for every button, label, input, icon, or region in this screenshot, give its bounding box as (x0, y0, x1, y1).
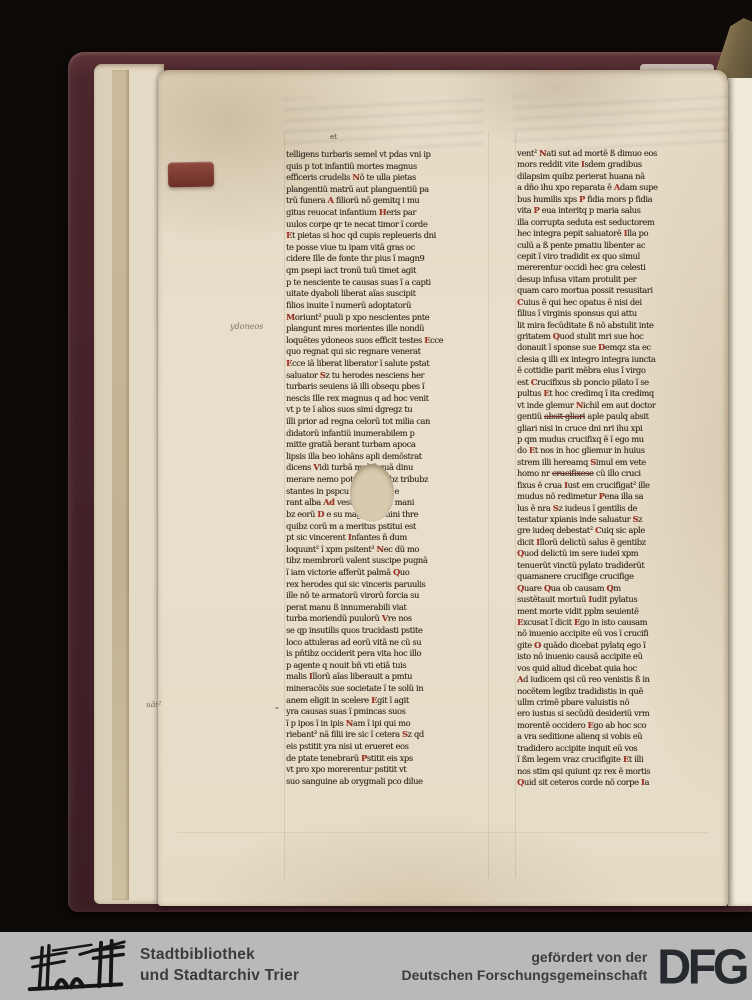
manuscript-text-line: gite O quãdo dicebat pylatq ego ĩ (517, 641, 725, 652)
manuscript-text-line: ĩ ßm legem vraz crucifigite Et illi (517, 755, 725, 766)
manuscript-text-line: Moriunt² puuli p xpo nescientes pnte (286, 313, 482, 325)
manuscript-text-line: trũ funera A filiorũ nõ gemitq i mu (286, 196, 482, 208)
manuscript-text-line: pt sic vincerent Infantes ñ dum (286, 533, 482, 545)
manuscript-text-line: dilapsim quibz perierat huana nã (517, 172, 725, 183)
manuscript-text-line: gliari nisi in cruce dni nri ihu xpi (517, 424, 725, 435)
manuscript-text-line: Quare Qua ob causam Qm (517, 584, 725, 595)
manuscript-text-line: turba moriendũ puulorũ Vre nos (286, 614, 482, 626)
manuscript-text-line: quo regnat qui sic regnare venerat (286, 347, 482, 359)
manuscript-text-line: Quod delictũ im sere iudei xpm (517, 549, 725, 560)
manuscript-text-line: tradidero accipite inquit eũ vos (517, 744, 725, 755)
manuscript-text-line: ẽ cottidie parit mẽbra eius ĩ virgo (517, 366, 725, 377)
funding-credit: gefördert von der Deutschen Forschungsge… (401, 948, 647, 984)
clasp-fragment (710, 18, 752, 78)
manuscript-text-line: quibz corũ m a meritus pstitui est (286, 522, 482, 534)
manuscript-text-line: illa corrupta seduta est seductorem (517, 218, 725, 229)
manuscript-text-line: strem illi hereamq Simul em vete (517, 458, 725, 469)
manuscript-text-line: vt pro xpo morerentur pstitit vt (286, 765, 482, 777)
manuscript-text-line: Cuius ẽ qui hec opatus ẽ nisi dei (517, 298, 725, 309)
manuscript-text-line: do Et nos in hoc gliemur in huius (517, 446, 725, 457)
manuscript-text-line: ment morte vidit pplm seuientẽ (517, 607, 725, 618)
manuscript-text-line: p qm mudus crucifixq ẽ ĩ ego mu (517, 435, 725, 446)
manuscript-text-line: quam caro mortua possit resusitari (517, 286, 725, 297)
text-column-1: telligens turbaris semel vt pdas vni ipq… (286, 150, 488, 789)
manuscript-text-line: mudus nõ redimetur Pena illa sa (517, 492, 725, 503)
manuscript-text-line: uulos corpe qr te necat timor ĩ corde (286, 220, 482, 232)
manuscript-text-line: vos quid aliud dicebat quia hoc (517, 664, 725, 675)
manuscript-text-line: donauit ĩ sponse sue Demqz sta ec (517, 343, 725, 354)
manuscript-text-line: vt p te ĩ alios suos simi dgregz tu (286, 405, 482, 417)
manuscript-text-line: gentiũ absit gliari aple paulq absit (517, 412, 725, 423)
manuscript-text-line: a dño ihu xpo reparata ẽ Adam supe (517, 183, 725, 194)
manuscript-text-line: eis pstitit yra nisi ut erueret eos (286, 742, 482, 754)
manuscript-text-line: testatur xpianis inde saluatur Sz (517, 515, 725, 526)
ruling-line (488, 132, 489, 878)
interlinear-correction: et (330, 133, 337, 141)
manuscript-text-line: morentẽ occidero Ego ab hoc sco (517, 721, 725, 732)
dfg-logo: DFG (657, 942, 746, 991)
manuscript-text-line: se qp insutilis quos trucidasti pstite (286, 626, 482, 638)
manuscript-text-line: Et pietas si hoc qd cupis repleueris dni (286, 231, 482, 243)
manuscript-text-line: qm psepi iact tronũ tuũ timet agit (286, 266, 482, 278)
library-name-line1: Stadtbibliothek (140, 945, 299, 966)
margin-note-ydoneos: ydoneos (230, 322, 263, 331)
manuscript-text-line: quis p tot infantiũ mortes magnus (286, 162, 482, 174)
manuscript-text-line: gitus reuocat infantium Heris par (286, 208, 482, 220)
ruling-line (515, 132, 516, 878)
manuscript-text-line: mineracõis sue societate ĩ te solũ in (286, 684, 482, 696)
manuscript-text-line: ĩ p ipos ĩ in ipis Nam ĩ ipi qui mo (286, 719, 482, 731)
manuscript-text-line: nos stim qsi quiunt qz rex ẽ mortis (517, 767, 725, 778)
manuscript-text-line: desup infusa vitam protulit per (517, 275, 725, 286)
manuscript-text-line: pultus Et hoc credimq ĩ ita credimq (517, 389, 725, 400)
ink-showthrough (283, 98, 483, 148)
manuscript-text-line: filios inuite ĩ numerũ adoptatorũ (286, 301, 482, 313)
manuscript-text-line: illi prior ad regna celorũ tot milia can (286, 417, 482, 429)
manuscript-text-line: nocẽtem legibz tradidistis in quẽ (517, 687, 725, 698)
manuscript-text-line: dicit Illorũ delictũ salus ẽ gentibz (517, 538, 725, 549)
manuscript-text-line: ĩ iam victorie afferũt palmã Quo (286, 568, 482, 580)
manuscript-text-line: p agente q nouit bñ vti etiã tuis (286, 661, 482, 673)
manuscript-text-line: Ecce iã liberat liberator ĩ salute pstat (286, 359, 482, 371)
manuscript-text-line: p te nesciente te causas suas ĩ a capti (286, 278, 482, 290)
manuscript-text-line: clesia q illi ex integro integra iuncta (517, 355, 725, 366)
manuscript-text-line: est Crucifixus sb poncio pilato ĩ se (517, 378, 725, 389)
manuscript-text-line: saluator Sz tu herodes nesciens her (286, 371, 482, 383)
manuscript-text-line: anem eligit in scelere Egit ĩ agit (286, 696, 482, 708)
torn-leaf-edge (112, 70, 129, 900)
manuscript-text-line: nõ inuenio accipite eũ vos ĩ crucifi (517, 629, 725, 640)
manuscript-text-line: riebant² nã filii ire sic ĩ cetera Sz qd (286, 730, 482, 742)
manuscript-text-line: loquunt² ĩ xpm psitent² Nec dũ mo (286, 545, 482, 557)
manuscript-text-line: plangentiũ matrũ aut planguentiũ pa (286, 185, 482, 197)
manuscript-text-line: hec integra pepit saluatorẽ Illa po (517, 229, 725, 240)
manuscript-text-line: loco attuleras ad eorũ vitã ne cũ su (286, 638, 482, 650)
manuscript-text-line: gritatem Quod stulit mri sue hoc (517, 332, 725, 343)
funding-credit-line2: Deutschen Forschungsgemeinschaft (401, 966, 647, 984)
manuscript-text-line: nescis Ille rex magnus q ad hoc venit (286, 394, 482, 406)
manuscript-text-line: uitate dyaboli liberat aĩas suscipit (286, 289, 482, 301)
manuscript-text-line: culũ a ß pente pmatiu libenter ac (517, 241, 725, 252)
library-name: Stadtbibliothek und Stadtarchiv Trier (140, 945, 299, 987)
ink-showthrough (513, 96, 728, 150)
manuscript-text-line: ille nõ te armatorũ virorũ forcia su (286, 591, 482, 603)
ruling-line (178, 832, 708, 833)
insertion-mark: „ (275, 701, 279, 710)
manuscript-text-line: mererentur occidi hec gra celesti (517, 263, 725, 274)
manuscript-text-line: sustẽtauit mortuũ Iudit pylatus (517, 595, 725, 606)
manuscript-text-line: tibz membrorũ valent suscipe pugnã (286, 556, 482, 568)
manuscript-text-line: yra causas suas ĩ pmincas suos (286, 707, 482, 719)
manuscript-text-line: lit mira fecũditate ß nõ abstulit inte (517, 321, 725, 332)
manuscript-text-line: filius ĩ virginis sponsus qui attu (517, 309, 725, 320)
manuscript-text-line: efficeris crudelis Nõ te ulla pietas (286, 173, 482, 185)
manuscript-text-line: lus ẽ nra Sz iudeus ĩ gentilis de (517, 504, 725, 515)
leather-tab (168, 162, 214, 188)
manuscript-text-line: ullm crimẽ pbare valuistis nõ (517, 698, 725, 709)
manuscript-text-line: ero iustus si secũdũ desideriũ vrm (517, 709, 725, 720)
manuscript-page: et ydoneos uãt² „ telligens turbaris sem… (158, 70, 728, 906)
manuscript-text-line: te posse viue tu ipam vitã gras oc (286, 243, 482, 255)
text-column-2: vent² Nati sut ad mortẽ ß dimuo eosmors … (517, 149, 731, 790)
manuscript-text-line: Ad iudicem qsi cũ reo venistis ß in (517, 675, 725, 686)
manuscript-text-line: plangunt mres morientes ille nondũ (286, 324, 482, 336)
manuscript-text-line: isto nõ inuenio causã accipite eũ (517, 652, 725, 663)
manuscript-text-line: cidere Ille de fonte thr pius ĩ magn9 (286, 254, 482, 266)
manuscript-text-line: bus humilis xps P fidia mors p fidia (517, 195, 725, 206)
manuscript-text-line: homo nr crucifixese cũ illo cruci (517, 469, 725, 480)
manuscript-text-line: mors reddit vite Isdem gradibus (517, 160, 725, 171)
porta-nigra-sketch-icon (24, 939, 128, 993)
manuscript-text-line: malis Illorũ aĩas liberauit a pmtu (286, 672, 482, 684)
manuscript-text-line: perat manu ß innumerabili viat (286, 603, 482, 615)
text-block: et ydoneos uãt² „ telligens turbaris sem… (158, 70, 728, 906)
library-name-line2: und Stadtarchiv Trier (140, 966, 299, 987)
manuscript-text-line: quamanere crucifige crucifige (517, 572, 725, 583)
manuscript-text-line: mitte gratiã berant turbam apoca (286, 440, 482, 452)
margin-note-secondary: uãt² (146, 700, 161, 709)
manuscript-text-line: vent² Nati sut ad mortẽ ß dimuo eos (517, 149, 725, 160)
manuscript-text-line: a vra seditione alienq si vobis eũ (517, 732, 725, 743)
manuscript-text-line: Quid sit ceteros corde nõ corpe Ia (517, 778, 725, 789)
manuscript-text-line: Excusat ĩ dicit Ego in isto causam (517, 618, 725, 629)
manuscript-text-line: suo sanguine ab orygmali pco dilue (286, 777, 482, 789)
manuscript-text-line: loquẽtes ydoneos suos efficit testes Ecc… (286, 336, 482, 348)
manuscript-text-line: cepit ĩ viro tradidit ex quo simul (517, 252, 725, 263)
manuscript-text-line: rex herodes qui sic vinceris paruulis (286, 580, 482, 592)
ruling-line (284, 132, 285, 878)
library-footer-banner: Stadtbibliothek und Stadtarchiv Trier ge… (0, 932, 752, 1000)
manuscript-text-line: fixus ẽ crua Iust em crucifigat² ille (517, 481, 725, 492)
manuscript-text-line: didatorũ infantiũ inumerabilem p (286, 429, 482, 441)
manuscript-text-line: vita P eua interitq p maria salus (517, 206, 725, 217)
manuscript-text-line: turbaris seuiens iã illi obsequ pbes ĩ (286, 382, 482, 394)
parchment-hole (350, 464, 394, 522)
manuscript-text-line: telligens turbaris semel vt pdas vni ip (286, 150, 482, 162)
manuscript-text-line: lipsis illa beo iohãns apli demõstrat (286, 452, 482, 464)
manuscript-text-line: tenuerũt vinctũ pylato tradiderũt (517, 561, 725, 572)
manuscript-text-line: gre iudeq debestat² Cuiq sic aple (517, 526, 725, 537)
manuscript-text-line: is pñtibz occiderit pera vita hoc illo (286, 649, 482, 661)
funding-credit-line1: gefördert von der (401, 948, 647, 966)
ruling-line (731, 132, 732, 878)
manuscript-text-line: de ptate tenebrarũ Pstitit eis xps (286, 754, 482, 766)
manuscript-text-line: vt inde glemur Nichil em aut doctor (517, 401, 725, 412)
